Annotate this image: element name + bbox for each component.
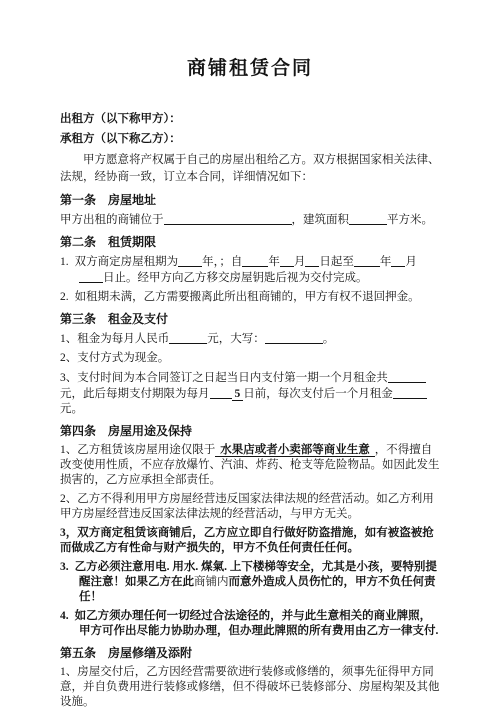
text-run: 月 [405,256,417,268]
blank-line [242,254,268,267]
text-run: 支付方式为现金。 [77,352,169,364]
clause-3-item-2: 2、支付方式为现金。 [60,351,440,366]
text-run: 平方米。 [387,214,433,226]
clause-4-item-4: 3.乙方必须注意用电. 用水. 煤氣. 上下楼梯等安全，尤其是小孩，要特别提醒注… [60,560,440,605]
item-number: 2. [60,291,69,303]
clause-1-heading: 第一条 房屋地址 [60,193,440,207]
business-scope-underlined: 水果店或者小卖部等商业生意 [215,444,375,457]
text-run: 双方商定房屋租期为 [75,256,179,268]
text-run: 元，此后每期支付期限为每月 [60,388,210,400]
text-run: 年，；自 [202,256,242,268]
item-number: 3、 [60,372,77,384]
text-run: ，建筑面积 [292,214,350,226]
text-run: 日前，每次支付后一个月租金 [243,388,393,400]
blank-line [354,254,380,267]
clause-5-heading: 第五条 房屋修缮及添附 [60,646,440,660]
blank-line [164,212,292,225]
clause-3-item-3: 3、支付时间为本合同签订之日起当日内支付第一期一个月租金共元，此后每期支付期限为… [60,370,440,417]
clause-3-heading: 第三条 租金及支付 [60,312,440,326]
blank-line [388,370,426,383]
document-title: 商铺租赁合同 [60,56,440,82]
text-run: 如乙方须办理任何一切经过合法途径的，并与此生意相关的商业牌照，甲方可作出尽能力协… [75,610,439,637]
clause-2-item-2: 2.如租期未满，乙方需要搬离此所出租商铺的，甲方有权不退回押金。 [60,290,440,305]
clause-4-item-1: 1、乙方租赁该房屋用途仅限于水果店或者小卖部等商业生意，不得擅自改变使用性质，不… [60,443,440,488]
blank-line [391,254,405,267]
clause-2-item-1: 1.双方商定房屋租期为年，；自年月日起至年月日止。经甲方向乙方移交房屋钥匙后视为… [60,254,440,286]
text-run: 。 [323,333,335,345]
parties-block: 出租方（以下称甲方）： 承租方（以下称乙方）： [60,112,440,146]
clause-4-item-2: 2、乙方不得利用甲方房屋经营违反国家法律法规的经营活动。如乙方利用甲方房屋经营违… [60,492,440,522]
text-run: 乙方租赁该房屋用途仅限于 [77,444,215,456]
payment-day-value: 5 [232,388,244,401]
text-run: 乙方不得利用甲方房屋经营违反国家法律法规的经营活动。如乙方利用甲方房屋经营违反国… [60,493,434,520]
text-run: 元，大写： [207,333,265,345]
text-run: 甲方出租的商铺位于 [60,214,164,226]
text-run: 支付时间为本合同签订之日起当日内支付第一期一个月租金共 [77,372,388,384]
item-number: 2、 [60,493,77,505]
intro-paragraph: 甲方愿意将产权属于自己的房屋出租给乙方。双方根据国家相关法律、法规，经协商一致，… [60,152,440,186]
item-number: 3. [60,561,69,573]
item-number: 4. [60,610,69,622]
clause-4-item-5: 4.如乙方须办理任何一切经过合法途径的，并与此生意相关的商业牌照，甲方可作出尽能… [60,609,440,639]
blank-line [265,331,323,344]
blank-line [178,254,202,267]
lessee-line: 承租方（以下称乙方）： [60,132,440,146]
clause-1-text: 甲方出租的商铺位于，建筑面积平方米。 [60,212,440,228]
text-run: 月 [294,256,306,268]
item-number: 1、 [60,333,77,345]
text-run: 日止。经甲方向乙方移交房屋钥匙后视为交付完成。 [103,272,368,284]
text-run: 3，双方商定租赁该商铺后，乙方应立即自行做好防盗措施，如有被盗被抢而做成乙方有性… [60,527,434,554]
blank-line [79,270,103,283]
clause-4-heading: 第四条 房屋用途及保持 [60,424,440,438]
blank-line [169,331,207,344]
text-run: 如租期未满，乙方需要搬离此所出租商铺的，甲方有权不退回押金。 [75,291,420,303]
blank-line [393,386,427,399]
text-run: 日起至 [319,256,354,268]
blank-line [280,254,294,267]
clause-4-item-3: 3，双方商定租赁该商铺后，乙方应立即自行做好防盗措施，如有被盗被抢而做成乙方有性… [60,526,440,556]
lessor-line: 出租方（以下称甲方）： [60,112,440,126]
blank-line [305,254,319,267]
clause-3-item-1: 1、租金为每月人民币元，大写：。 [60,331,440,347]
text-run-normal: 商铺内 [194,576,229,588]
item-number: 1. [60,256,69,268]
item-number: 2、 [60,352,77,364]
blank-line [210,386,232,399]
text-run: 年 [268,256,280,268]
clause-2-heading: 第二条 租赁期限 [60,235,440,249]
page-number: 1 [0,665,500,675]
text-run: 年 [380,256,392,268]
contract-page: 商铺租赁合同 出租方（以下称甲方）： 承租方（以下称乙方）： 甲方愿意将产权属于… [0,0,500,707]
text-run: 租金为每月人民币 [77,333,169,345]
blank-line [349,212,387,225]
text-run: 元。 [60,403,83,415]
item-number: 1、 [60,444,77,456]
